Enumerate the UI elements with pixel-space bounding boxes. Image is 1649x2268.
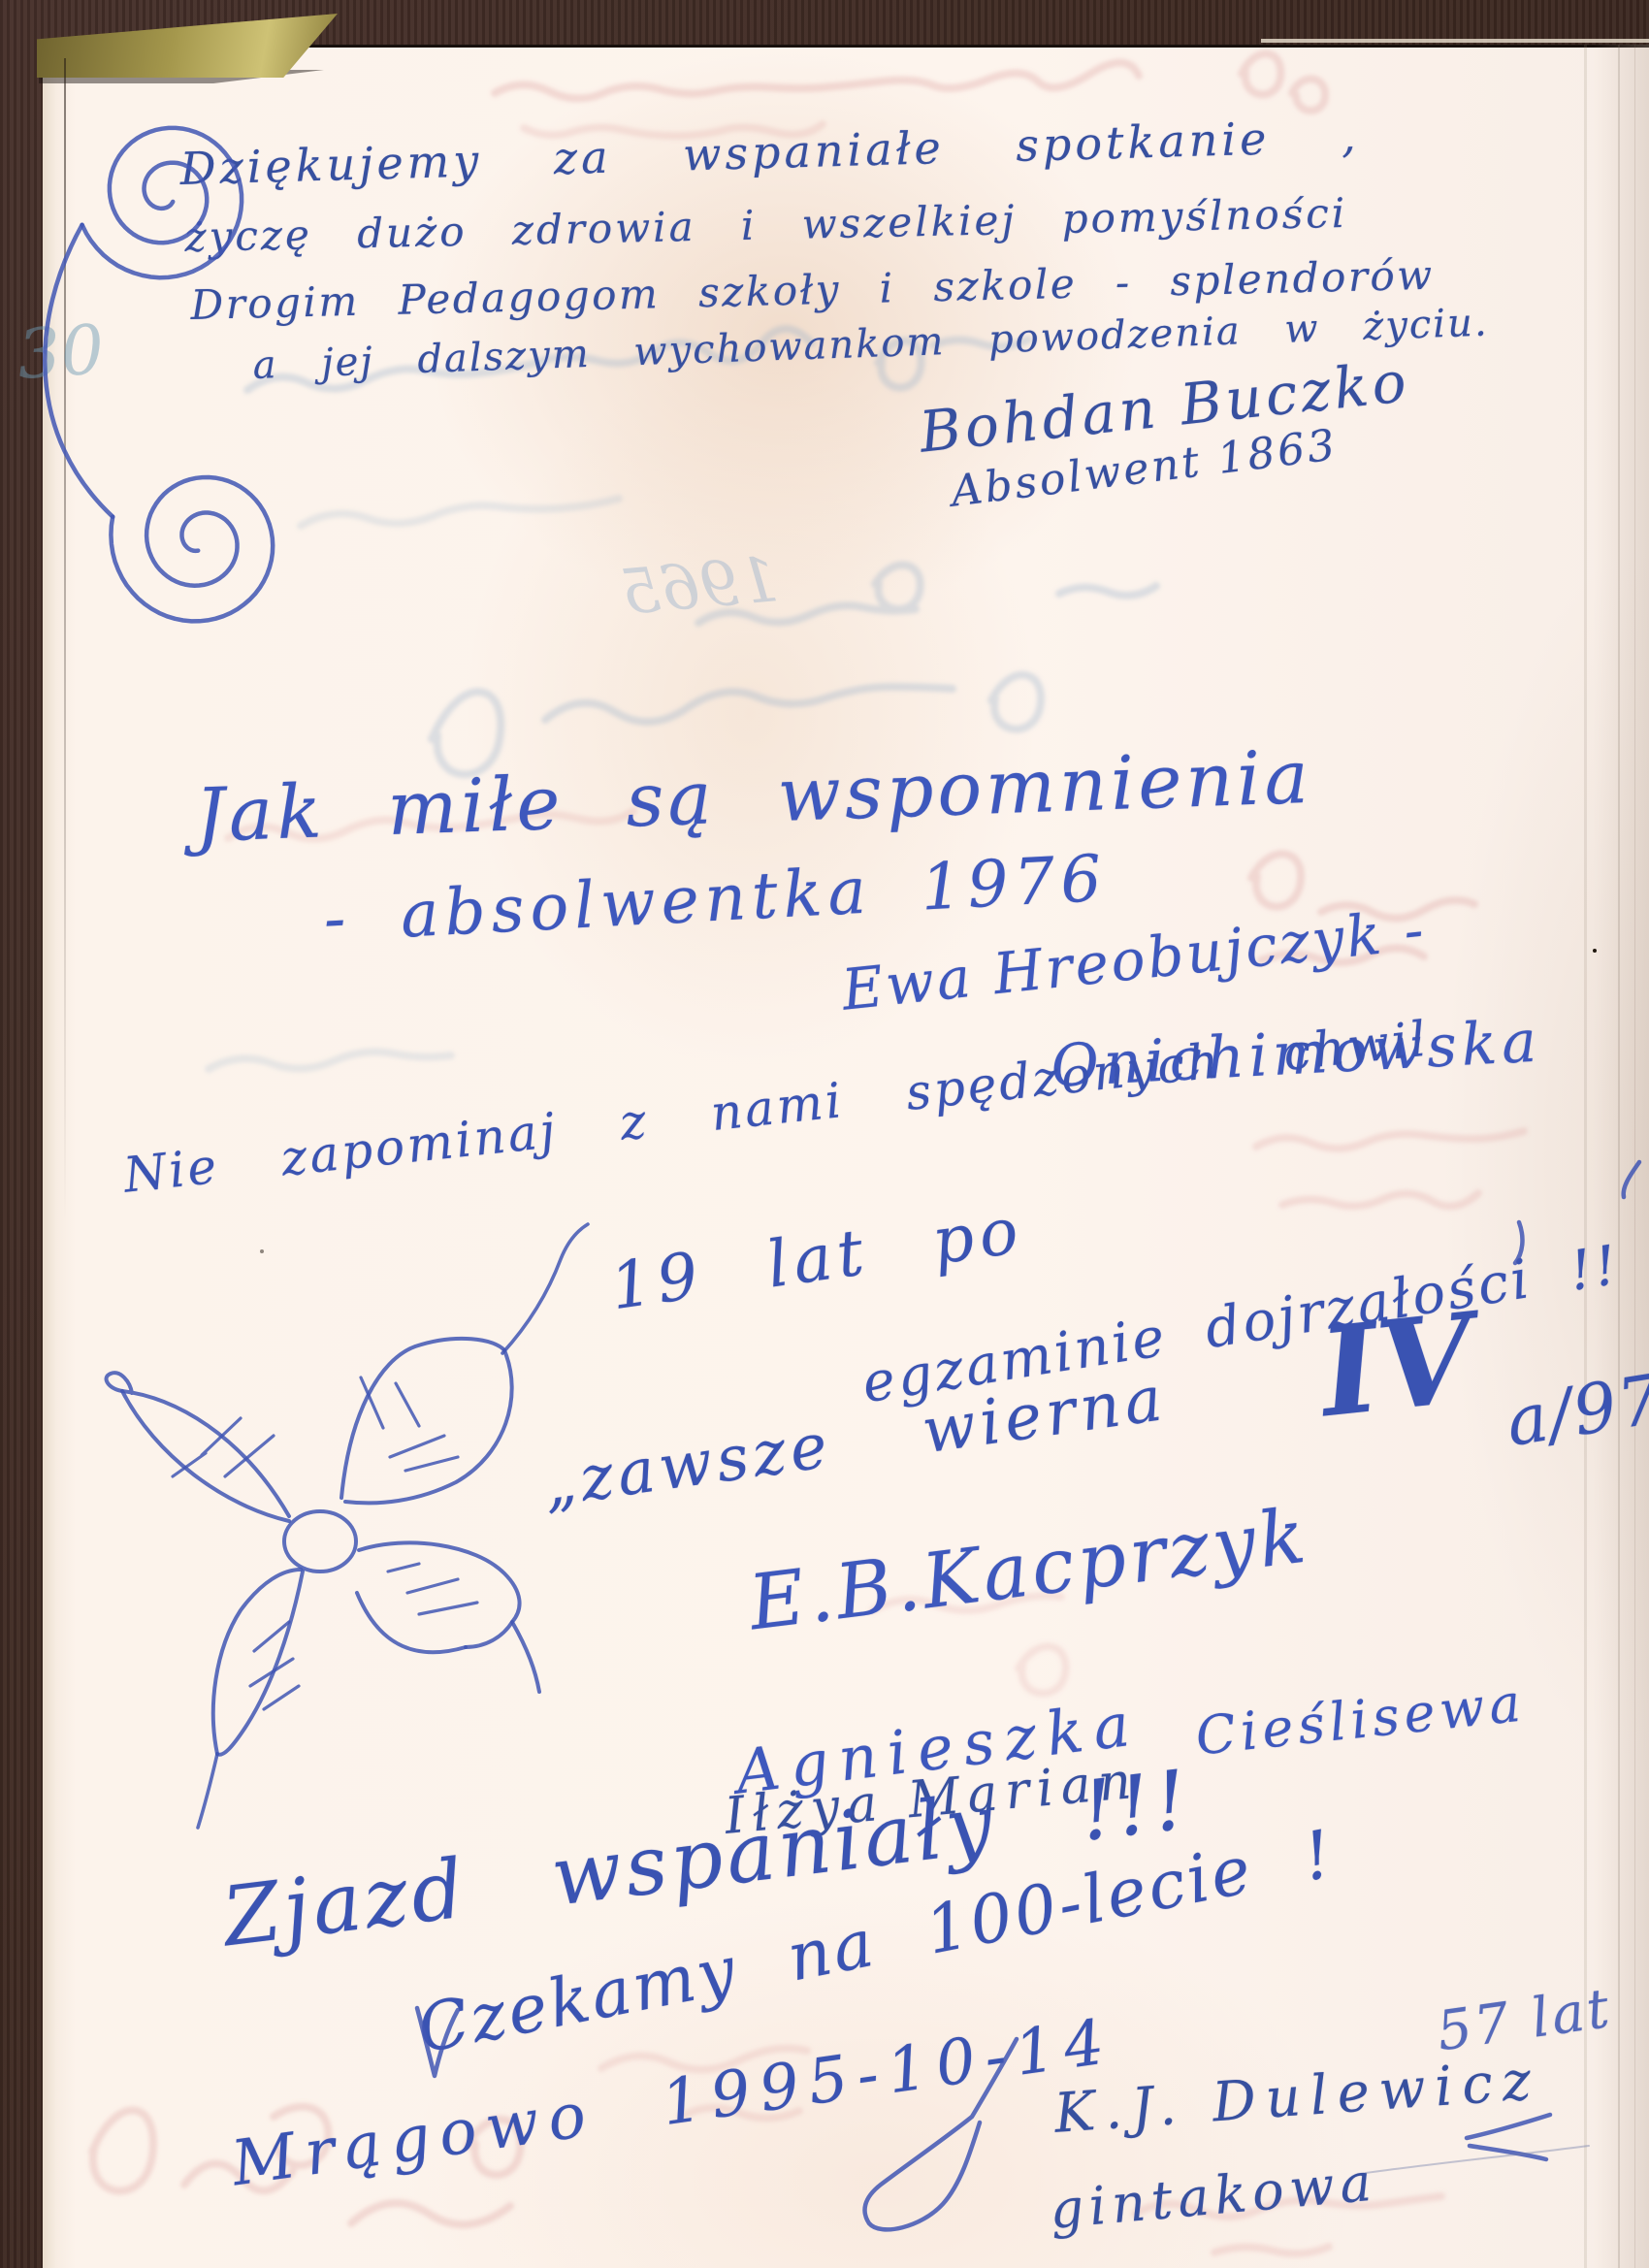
right-page-stack-edge xyxy=(1579,45,1649,2268)
ghost-fragment-1965: 1965 xyxy=(618,544,782,630)
dust-speck xyxy=(260,1249,264,1253)
page-edge-line xyxy=(1634,45,1635,2268)
right-page-crease xyxy=(1584,45,1587,2268)
dust-speck xyxy=(1593,949,1597,953)
ghost-fragment-30: 30 xyxy=(15,309,107,395)
left-page-crease xyxy=(64,58,66,1222)
page-edge-line xyxy=(1618,45,1620,2268)
class-roman-numeral: IV xyxy=(1314,1292,1479,1440)
scanned-guestbook-page: 30 1965 Dziękujemy za wspaniałe spotkani… xyxy=(0,0,1649,2268)
top-page-glint xyxy=(1261,39,1649,43)
